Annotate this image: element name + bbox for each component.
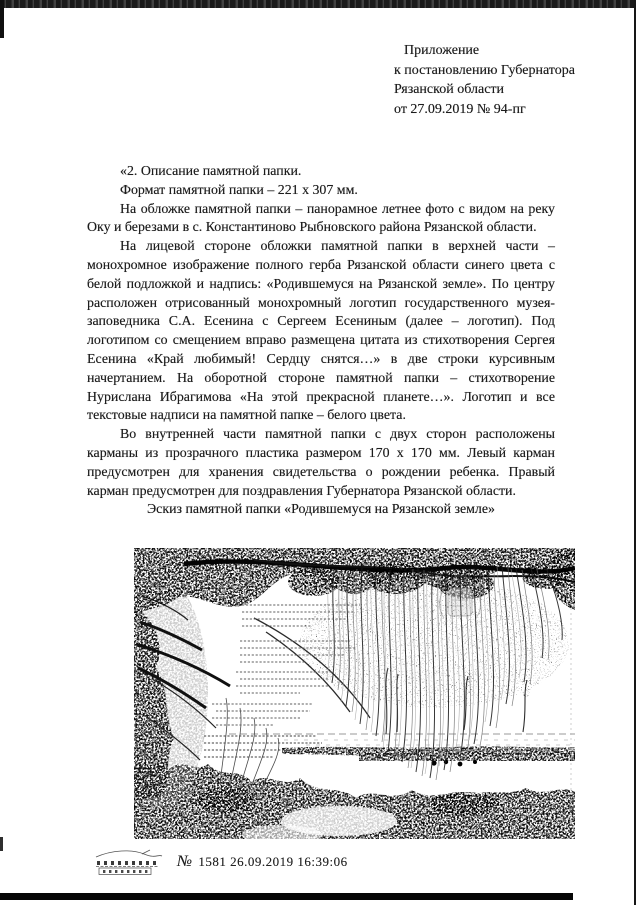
scan-artifact-top-noise bbox=[0, 0, 634, 8]
scan-artifact-left-mark bbox=[0, 837, 3, 851]
scan-artifact-right-line bbox=[634, 0, 636, 905]
header-line: к постановлению Губернатора bbox=[394, 61, 575, 81]
registration-datetime: 26.09.2019 16:39:06 bbox=[230, 854, 347, 869]
paragraph: На обложке памятной папки – панорамное л… bbox=[87, 201, 555, 239]
paragraph: Во внутренней части памятной папки с дву… bbox=[87, 426, 555, 501]
sketch-svg bbox=[134, 548, 575, 839]
scanned-document-page: Приложение к постановлению Губернатора Р… bbox=[0, 0, 640, 905]
registration-number: 1581 bbox=[198, 854, 226, 869]
scan-artifact-bottom-bar bbox=[0, 893, 573, 900]
scan-artifact-left-bar bbox=[0, 0, 4, 38]
paragraph: «2. Описание памятной папки. bbox=[87, 163, 555, 182]
paragraph: Формат памятной папки – 221 х 307 мм. bbox=[87, 182, 555, 201]
number-sign: № bbox=[177, 853, 195, 870]
figure-caption: Эскиз памятной папки «Родившемуся на Ряз… bbox=[87, 501, 555, 520]
header-line: от 27.09.2019 № 94-пг bbox=[394, 100, 575, 120]
memorial-folder-sketch-image bbox=[134, 548, 575, 839]
footer: № 1581 26.09.2019 16:39:06 bbox=[92, 848, 348, 876]
registration-stamp bbox=[92, 848, 168, 876]
header-line: Рязанской области bbox=[394, 80, 575, 100]
paragraph: На лицевой стороне обложки памятной папк… bbox=[87, 238, 555, 426]
registration-number-line: № 1581 26.09.2019 16:39:06 bbox=[177, 853, 348, 871]
document-body: «2. Описание памятной папки. Формат памя… bbox=[87, 163, 555, 520]
document-header: Приложение к постановлению Губернатора Р… bbox=[394, 41, 575, 119]
header-line: Приложение bbox=[394, 41, 575, 61]
